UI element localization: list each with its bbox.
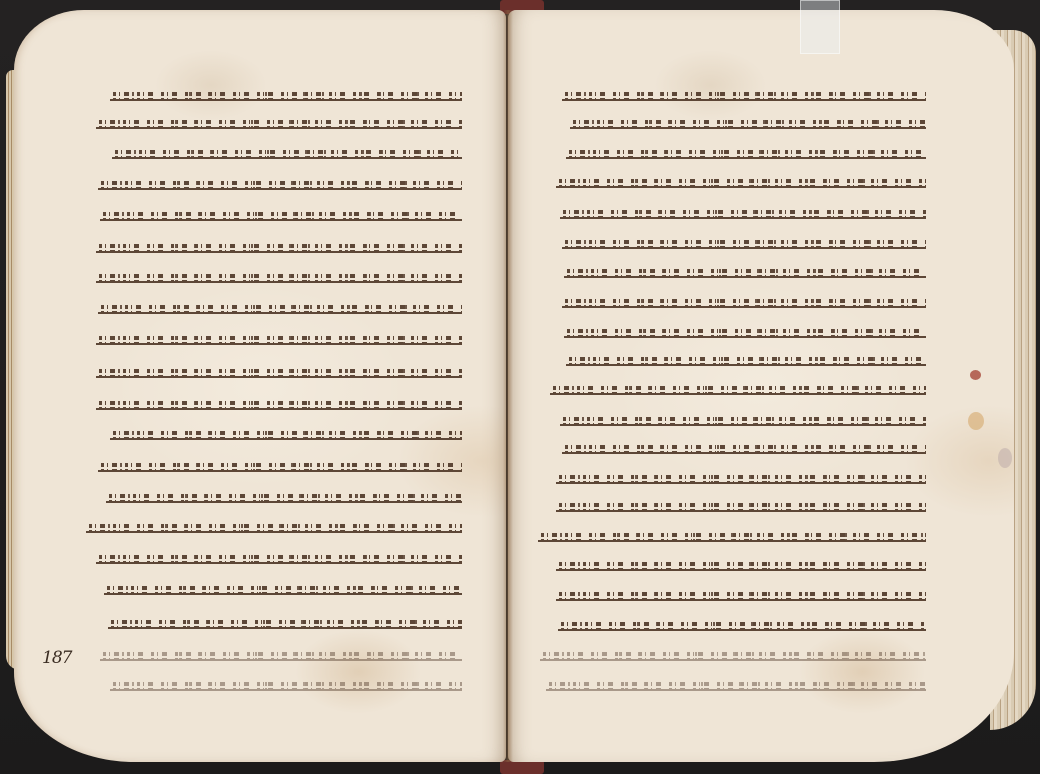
syriac-script-line [540,647,926,661]
right-page-text-line [558,614,926,634]
syriac-script-line [110,87,462,101]
right-page-text-line [556,554,926,574]
syriac-script-line [100,207,462,221]
book-gutter [503,10,513,762]
left-page-text-line [110,423,462,443]
syriac-script-line [98,458,462,472]
left-page-text-line [96,393,462,413]
syriac-script-line [562,294,926,308]
syriac-script-line [560,412,926,426]
syriac-script-line [538,528,926,542]
syriac-script-line [564,264,926,278]
syriac-script-line [562,440,926,454]
syriac-script-line [110,426,462,440]
syriac-script-line [96,115,462,129]
right-page-text-line [570,112,926,132]
folio-number: 187 [42,648,71,668]
left-page-text-line [106,486,462,506]
syriac-script-line [564,324,926,338]
syriac-script-line [556,470,926,484]
left-page-text-line [96,547,462,567]
syriac-script-line [562,87,926,101]
right-page-text-line [556,584,926,604]
right-page-text-line [562,232,926,252]
syriac-script-line [562,235,926,249]
right-page-text-line [562,84,926,104]
syriac-script-line [556,498,926,512]
left-page-text-line [112,142,462,162]
water-stain [968,412,984,430]
syriac-script-line [96,239,462,253]
red-stain [970,370,981,380]
syriac-script-line [98,176,462,190]
right-page-text-line [560,202,926,222]
right-page-text-line [556,467,926,487]
syriac-script-line [108,615,462,629]
left-page-text-line [98,297,462,317]
right-page-text-line [556,171,926,191]
syriac-script-line [556,587,926,601]
syriac-script-line [96,269,462,283]
right-page-text-line [556,495,926,515]
right-page-text-line [550,378,926,398]
syriac-script-line [546,677,926,691]
syriac-script-line [566,352,926,366]
syriac-script-line [86,519,462,533]
syriac-script-line [96,364,462,378]
syriac-script-line [112,145,462,159]
syriac-script-line [566,145,926,159]
grey-stain [998,448,1012,468]
right-page-text-line [566,142,926,162]
syriac-script-line [558,617,926,631]
syriac-script-line [110,677,462,691]
syriac-script-line [96,396,462,410]
right-page-text-line [564,261,926,281]
syriac-script-line [106,489,462,503]
left-page-text-line [96,236,462,256]
left-page-text-line [98,455,462,475]
left-page-text-line [100,204,462,224]
left-page-text-line [96,112,462,132]
clear-tape-strip [800,0,840,54]
left-page-text-line [96,361,462,381]
left-page-text-line [110,84,462,104]
left-page-text-line [110,674,462,694]
syriac-script-line [96,550,462,564]
left-page-text-line [96,328,462,348]
right-page-text-line [562,291,926,311]
right-page-text-line [564,321,926,341]
left-page-text-line [98,173,462,193]
syriac-script-line [556,557,926,571]
right-page-text-line [560,409,926,429]
syriac-script-line [96,331,462,345]
right-page-text-line [566,349,926,369]
binding-cover-bottom [500,760,544,774]
syriac-script-line [100,647,462,661]
syriac-script-line [98,300,462,314]
right-page-text-line [562,437,926,457]
syriac-script-line [556,174,926,188]
right-page-text-line [538,525,926,545]
left-page-text-line [86,516,462,536]
left-page-text-line [104,578,462,598]
left-page-text-line [108,612,462,632]
syriac-script-line [550,381,926,395]
right-page-text-line [546,674,926,694]
syriac-script-line [560,205,926,219]
left-page-text-line [96,266,462,286]
syriac-script-line [104,581,462,595]
right-page-text-line [540,644,926,664]
syriac-script-line [570,115,926,129]
left-page-text-line [100,644,462,664]
